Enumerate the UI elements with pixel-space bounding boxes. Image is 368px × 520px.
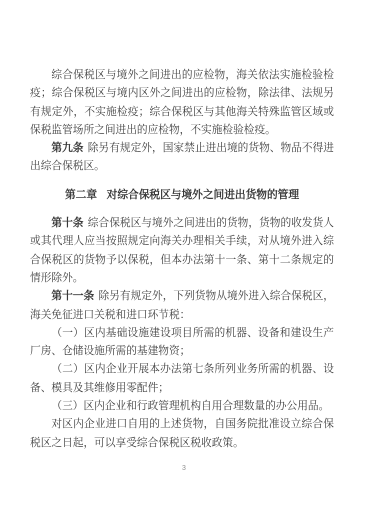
paragraph: 第十条综合保税区与境外之间进出的货物，货物的收发货人或其代理人应当按照规定向海关… — [30, 214, 334, 287]
paragraph: 第十一条除另有规定外，下列货物从境外进入综合保税区，海关免征进口关税和进口环节税… — [30, 287, 334, 324]
paragraph: （一）区内基础设施建设项目所需的机器、设备和建设生产厂房、仓储设施所需的基建物资… — [30, 324, 334, 361]
paragraph-text: （二）区内企业开展本办法第七条所列业务所需的机器、设备、模具及其维修用零配件； — [30, 363, 334, 393]
paragraph: 综合保税区与境外之间进出的应检物，海关依法实施检验检疫；综合保税区与境内区外之间… — [30, 66, 334, 139]
chapter-heading: 第二章对综合保税区与境外之间进出货物的管理 — [30, 186, 334, 204]
article-number: 第十条 — [51, 217, 83, 229]
article-number: 第十一条 — [51, 290, 94, 302]
paragraph: （二）区内企业开展本办法第七条所列业务所需的机器、设备、模具及其维修用零配件； — [30, 360, 334, 397]
document-body: 综合保税区与境外之间进出的应检物，海关依法实施检验检疫；综合保税区与境内区外之间… — [30, 66, 334, 452]
paragraph: 对区内企业进口自用的上述货物，自国务院批准设立综合保税区之日起，可以享受综合保税… — [30, 415, 334, 452]
paragraph: 第九条除另有规定外，国家禁止进出境的货物、物品不得进出综合保税区。 — [30, 139, 334, 176]
paragraph-text: 对综合保税区与境外之间进出货物的管理 — [107, 189, 299, 201]
paragraph: （三）区内企业和行政管理机构自用合理数量的办公用品。 — [30, 397, 334, 415]
paragraph-text: 对区内企业进口自用的上述货物，自国务院批准设立综合保税区之日起，可以享受综合保税… — [30, 418, 334, 448]
article-number: 第九条 — [51, 142, 83, 154]
document-page: 综合保税区与境外之间进出的应检物，海关依法实施检验检疫；综合保税区与境内区外之间… — [0, 0, 368, 520]
paragraph-text: （三）区内企业和行政管理机构自用合理数量的办公用品。 — [51, 400, 329, 412]
article-number: 第二章 — [65, 189, 97, 201]
paragraph-text: （一）区内基础设施建设项目所需的机器、设备和建设生产厂房、仓储设施所需的基建物资… — [30, 327, 334, 357]
page-number: 3 — [0, 464, 368, 474]
paragraph-text: 综合保税区与境外之间进出的应检物，海关依法实施检验检疫；综合保税区与境内区外之间… — [30, 69, 334, 136]
